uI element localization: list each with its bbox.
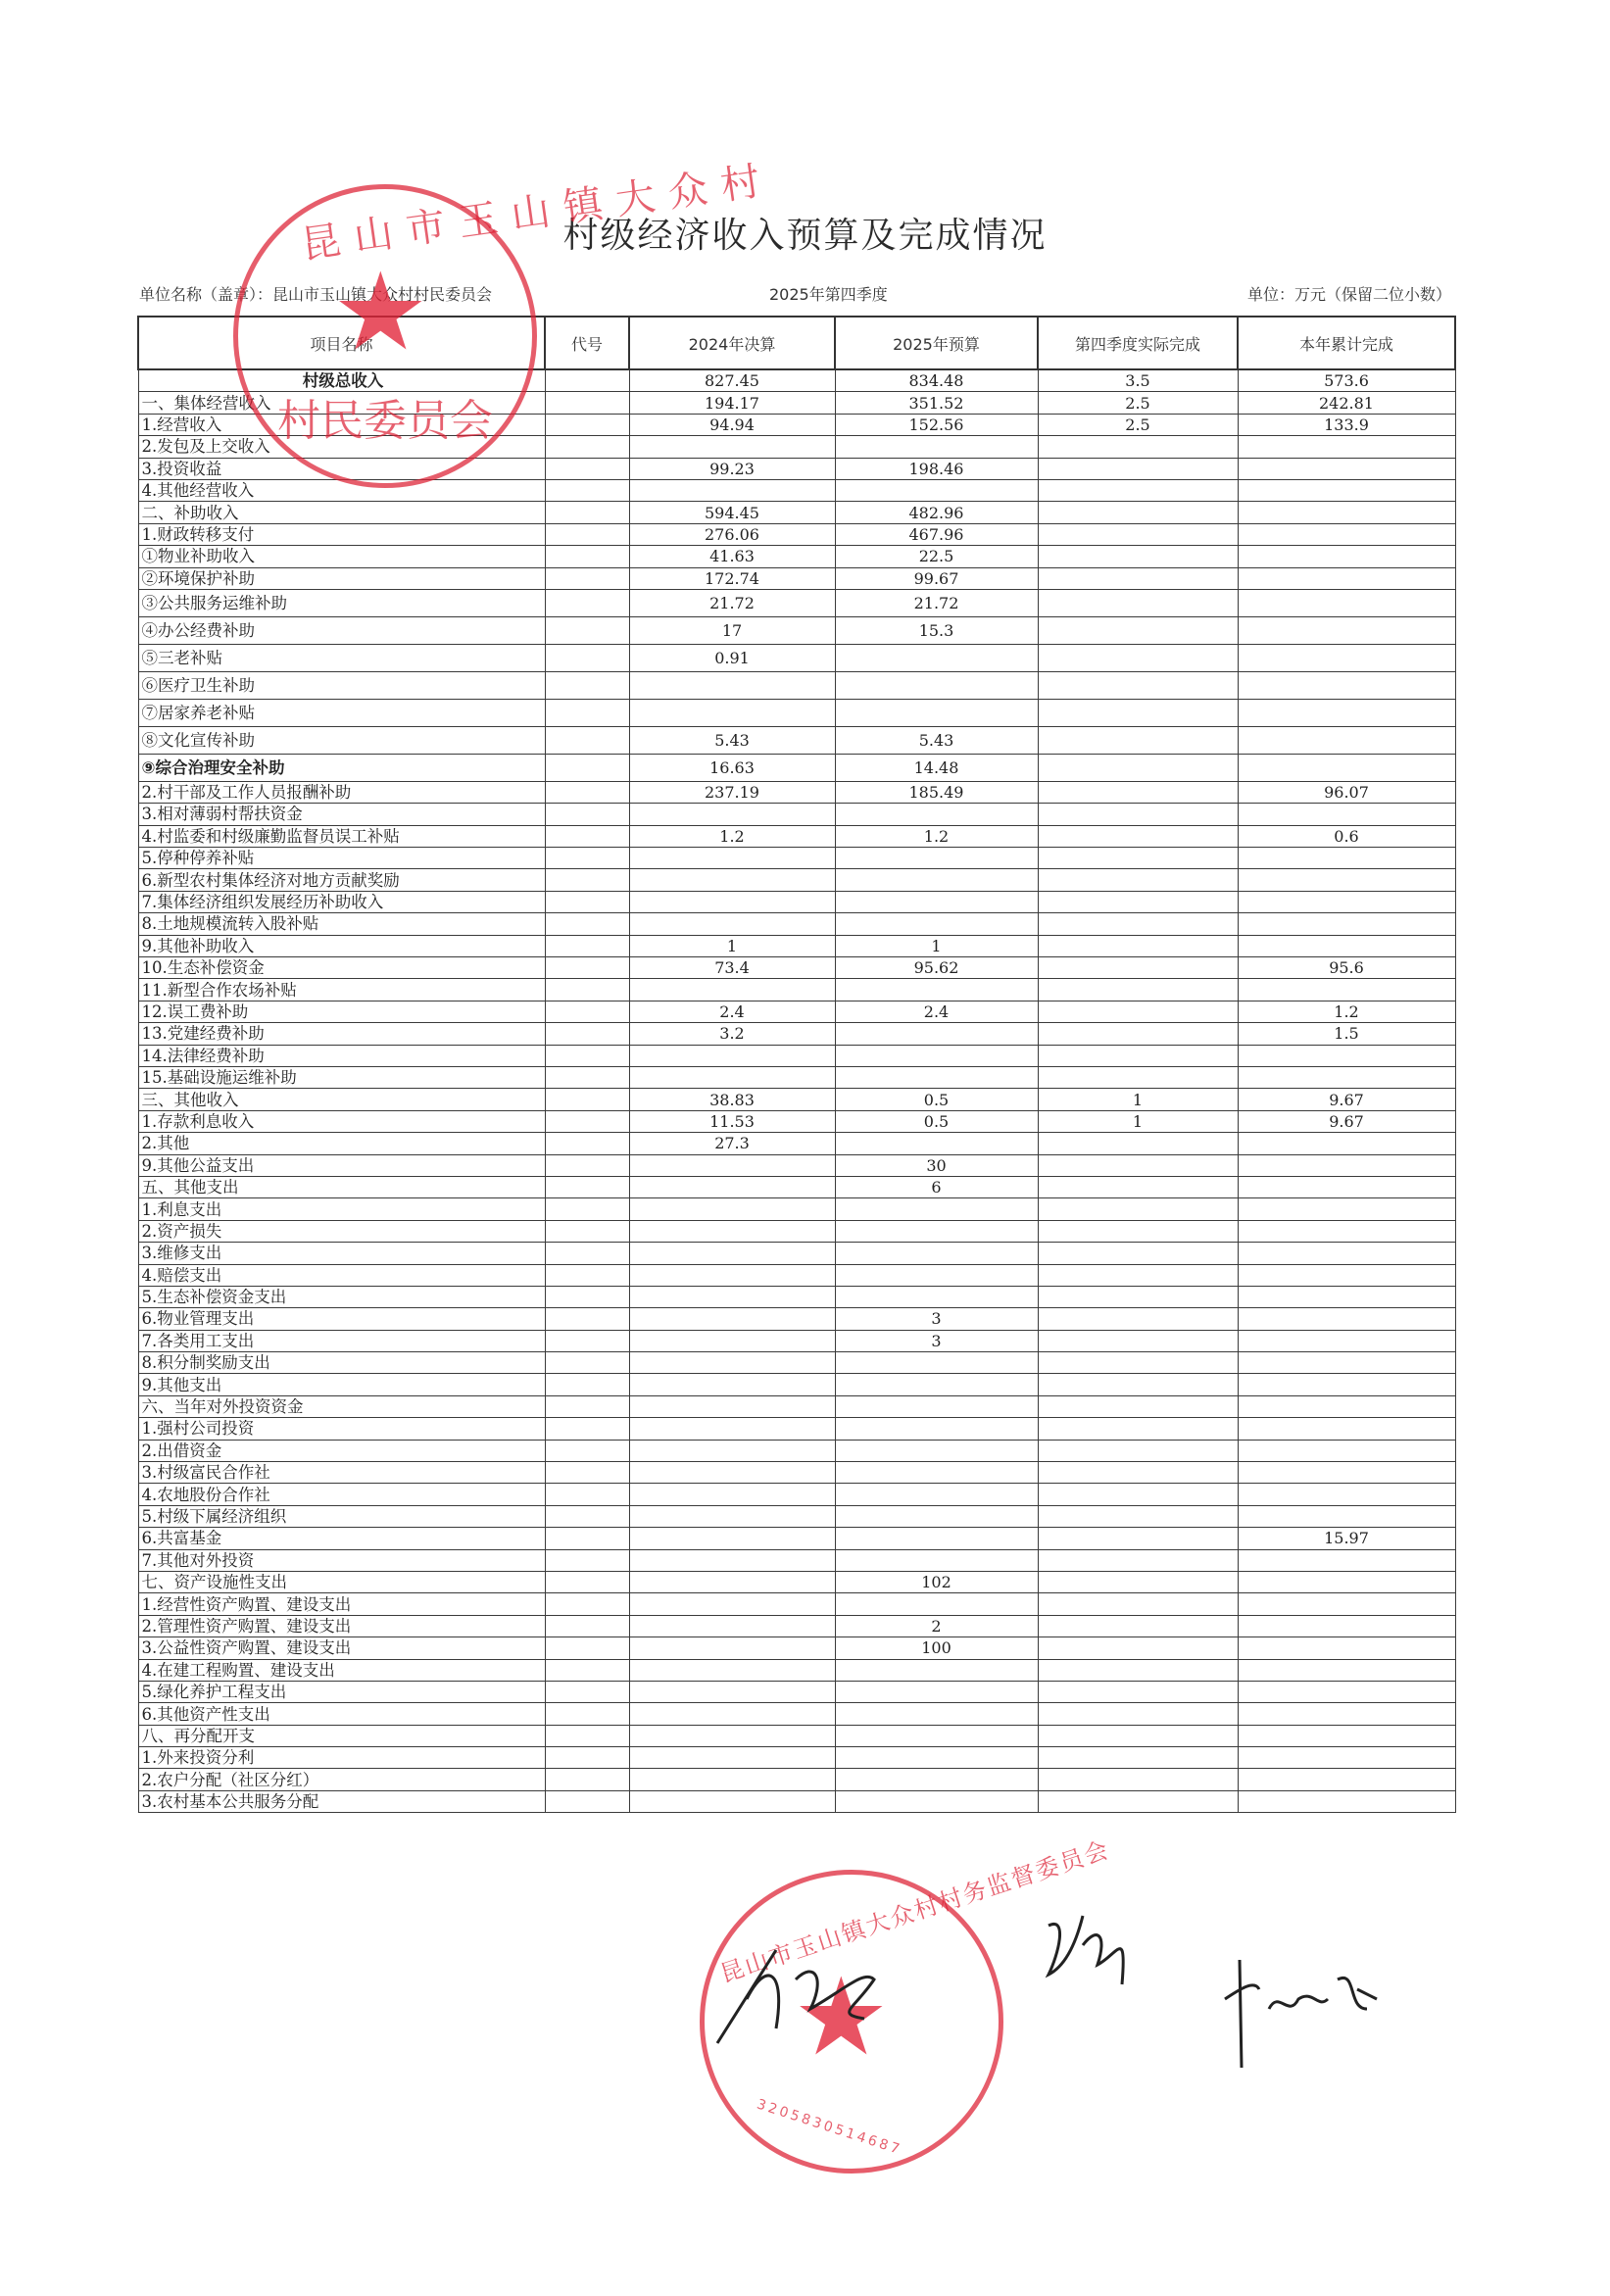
final-2024-cell: 594.45 xyxy=(629,502,835,523)
table-row: 六、当年对外投资资金 xyxy=(138,1395,1455,1417)
q4-actual-cell xyxy=(1038,804,1238,825)
final-2024-cell xyxy=(629,1637,835,1659)
ytd-total-cell xyxy=(1238,1264,1455,1286)
q4-actual-cell xyxy=(1038,726,1238,754)
budget-2025-cell: 102 xyxy=(835,1571,1038,1592)
table-row: 3.维修支出 xyxy=(138,1243,1455,1264)
final-2024-cell: 27.3 xyxy=(629,1133,835,1154)
table-row: 5.村级下属经济组织 xyxy=(138,1505,1455,1527)
ytd-total-cell xyxy=(1238,1462,1455,1484)
q4-actual-cell xyxy=(1038,1637,1238,1659)
code-cell xyxy=(545,1023,629,1045)
ytd-total-cell xyxy=(1238,1154,1455,1176)
ytd-total-cell: 95.6 xyxy=(1238,957,1455,979)
signature-3-icon xyxy=(1220,1930,1387,2077)
budget-2025-cell xyxy=(835,1023,1038,1045)
q4-actual-cell xyxy=(1038,436,1238,458)
ytd-total-cell xyxy=(1238,935,1455,956)
code-cell xyxy=(545,1703,629,1725)
q4-actual-cell xyxy=(1038,589,1238,616)
ytd-total-cell xyxy=(1238,1790,1455,1812)
code-cell xyxy=(545,523,629,545)
q4-actual-cell: 1 xyxy=(1038,1110,1238,1132)
table-row: 3.农村基本公共服务分配 xyxy=(138,1790,1455,1812)
ytd-total-cell: 573.6 xyxy=(1238,369,1455,392)
budget-2025-cell xyxy=(835,913,1038,935)
item-name-cell: 二、补助收入 xyxy=(138,502,545,523)
table-row: 13.党建经费补助3.21.5 xyxy=(138,1023,1455,1045)
item-name-cell: ⑦居家养老补贴 xyxy=(138,699,545,726)
table-row: 8.积分制奖励支出 xyxy=(138,1352,1455,1374)
code-cell xyxy=(545,1790,629,1812)
signature-2-icon xyxy=(1039,1896,1147,2004)
q4-actual-cell: 1 xyxy=(1038,1089,1238,1110)
ytd-total-cell xyxy=(1238,1198,1455,1220)
item-name-cell: 1.外来投资分利 xyxy=(138,1747,545,1769)
ytd-total-cell xyxy=(1238,1176,1455,1197)
table-row: ④办公经费补助1715.3 xyxy=(138,616,1455,644)
budget-2025-cell: 5.43 xyxy=(835,726,1038,754)
item-name-cell: 9.其他公益支出 xyxy=(138,1154,545,1176)
item-name-cell: 13.党建经费补助 xyxy=(138,1023,545,1045)
final-2024-cell: 38.83 xyxy=(629,1089,835,1110)
item-name-cell: 2.农户分配（社区分红） xyxy=(138,1769,545,1790)
q4-actual-cell xyxy=(1038,781,1238,803)
table-row: 2.资产损失 xyxy=(138,1220,1455,1242)
ytd-total-cell xyxy=(1238,589,1455,616)
budget-2025-cell xyxy=(835,1681,1038,1702)
code-cell xyxy=(545,414,629,435)
code-cell xyxy=(545,1198,629,1220)
item-name-cell: 7.各类用工支出 xyxy=(138,1330,545,1351)
table-row: 14.法律经费补助 xyxy=(138,1045,1455,1066)
q4-actual-cell xyxy=(1038,616,1238,644)
item-name-cell: ⑧文化宣传补助 xyxy=(138,726,545,754)
code-cell xyxy=(545,979,629,1001)
table-row: 4.农地股份合作社 xyxy=(138,1484,1455,1505)
final-2024-cell xyxy=(629,1484,835,1505)
item-name-cell: 1.存款利息收入 xyxy=(138,1110,545,1132)
seal-ring-text: 昆山市玉山镇大众村村务监督委员会 xyxy=(715,1831,1113,1989)
ytd-total-cell: 9.67 xyxy=(1238,1089,1455,1110)
table-row: 2.村干部及工作人员报酬补助237.19185.4996.07 xyxy=(138,781,1455,803)
final-2024-cell xyxy=(629,436,835,458)
budget-2025-cell: 0.5 xyxy=(835,1089,1038,1110)
q4-actual-cell xyxy=(1038,1308,1238,1330)
table-row: 村级总收入827.45834.483.5573.6 xyxy=(138,369,1455,392)
q4-actual-cell xyxy=(1038,848,1238,869)
final-2024-cell xyxy=(629,1264,835,1286)
final-2024-cell xyxy=(629,1154,835,1176)
ytd-total-cell xyxy=(1238,804,1455,825)
code-cell xyxy=(545,1395,629,1417)
ytd-total-cell xyxy=(1238,523,1455,545)
final-2024-cell: 276.06 xyxy=(629,523,835,545)
item-name-cell: 8.积分制奖励支出 xyxy=(138,1352,545,1374)
q4-actual-cell xyxy=(1038,699,1238,726)
q4-actual-cell xyxy=(1038,1681,1238,1702)
q4-actual-cell xyxy=(1038,502,1238,523)
item-name-cell: 2.村干部及工作人员报酬补助 xyxy=(138,781,545,803)
table-row: 一、集体经营收入194.17351.522.5242.81 xyxy=(138,392,1455,414)
item-name-cell: 10.生态补偿资金 xyxy=(138,957,545,979)
code-cell xyxy=(545,1659,629,1681)
item-name-cell: 6.其他资产性支出 xyxy=(138,1703,545,1725)
q4-actual-cell xyxy=(1038,1374,1238,1395)
q4-actual-cell xyxy=(1038,1484,1238,1505)
final-2024-cell xyxy=(629,1505,835,1527)
ytd-total-cell: 133.9 xyxy=(1238,414,1455,435)
budget-2025-cell: 100 xyxy=(835,1637,1038,1659)
item-name-cell: 五、其他支出 xyxy=(138,1176,545,1197)
ytd-total-cell xyxy=(1238,616,1455,644)
code-cell xyxy=(545,1066,629,1088)
ytd-total-cell xyxy=(1238,546,1455,567)
budget-2025-cell xyxy=(835,1769,1038,1790)
ytd-total-cell xyxy=(1238,1769,1455,1790)
table-row: 4.村监委和村级廉勤监督员误工补贴1.21.20.6 xyxy=(138,825,1455,847)
table-row: 7.集体经济组织发展经历补助收入 xyxy=(138,891,1455,912)
q4-actual-cell xyxy=(1038,1790,1238,1812)
document-title: 村级经济收入预算及完成情况 xyxy=(0,208,1610,258)
code-cell xyxy=(545,1154,629,1176)
code-cell xyxy=(545,848,629,869)
item-name-cell: 5.生态补偿资金支出 xyxy=(138,1286,545,1307)
q4-actual-cell: 2.5 xyxy=(1038,392,1238,414)
table-row: 八、再分配开支 xyxy=(138,1725,1455,1746)
final-2024-cell: 94.94 xyxy=(629,414,835,435)
code-cell xyxy=(545,781,629,803)
budget-2025-cell: 482.96 xyxy=(835,502,1038,523)
final-2024-cell xyxy=(629,1440,835,1461)
ytd-total-cell xyxy=(1238,1374,1455,1395)
q4-actual-cell xyxy=(1038,979,1238,1001)
table-row: 2.发包及上交收入 xyxy=(138,436,1455,458)
code-cell xyxy=(545,1045,629,1066)
ytd-total-cell xyxy=(1238,1571,1455,1592)
budget-2025-cell xyxy=(835,891,1038,912)
budget-2025-cell xyxy=(835,436,1038,458)
code-cell xyxy=(545,1505,629,1527)
code-cell xyxy=(545,1418,629,1440)
ytd-total-cell xyxy=(1238,1637,1455,1659)
q4-actual-cell xyxy=(1038,825,1238,847)
q4-actual-cell xyxy=(1038,479,1238,501)
income-budget-table: 项目名称 代号 2024年决算 2025年预算 第四季度实际完成 本年累计完成 … xyxy=(137,316,1456,1813)
q4-actual-cell xyxy=(1038,1198,1238,1220)
table-row: 2.其他27.3 xyxy=(138,1133,1455,1154)
budget-2025-cell: 1.2 xyxy=(835,825,1038,847)
ytd-total-cell xyxy=(1238,1725,1455,1746)
budget-2025-cell xyxy=(835,848,1038,869)
final-2024-cell xyxy=(629,1243,835,1264)
table-row: 6.共富基金15.97 xyxy=(138,1528,1455,1549)
table-row: 3.投资收益99.23198.46 xyxy=(138,458,1455,479)
table-row: 8.土地规模流转入股补贴 xyxy=(138,913,1455,935)
code-cell xyxy=(545,1571,629,1592)
code-cell xyxy=(545,1264,629,1286)
final-2024-cell: 3.2 xyxy=(629,1023,835,1045)
final-2024-cell: 0.91 xyxy=(629,644,835,671)
q4-actual-cell xyxy=(1038,1330,1238,1351)
item-name-cell: 4.村监委和村级廉勤监督员误工补贴 xyxy=(138,825,545,847)
code-cell xyxy=(545,502,629,523)
code-cell xyxy=(545,1484,629,1505)
header-item-name: 项目名称 xyxy=(138,317,545,369)
budget-2025-cell xyxy=(835,699,1038,726)
final-2024-cell xyxy=(629,479,835,501)
item-name-cell: ②环境保护补助 xyxy=(138,567,545,589)
final-2024-cell xyxy=(629,1308,835,1330)
item-name-cell: ⑥医疗卫生补助 xyxy=(138,671,545,699)
ytd-total-cell xyxy=(1238,1440,1455,1461)
item-name-cell: 15.基础设施运维补助 xyxy=(138,1066,545,1088)
table-row: 7.其他对外投资 xyxy=(138,1549,1455,1571)
star-icon: ★ xyxy=(793,1963,890,2071)
budget-2025-cell xyxy=(835,1659,1038,1681)
code-cell xyxy=(545,804,629,825)
final-2024-cell xyxy=(629,1462,835,1484)
final-2024-cell xyxy=(629,1681,835,1702)
q4-actual-cell xyxy=(1038,1395,1238,1417)
ytd-total-cell xyxy=(1238,502,1455,523)
ytd-total-cell xyxy=(1238,1593,1455,1615)
ytd-total-cell xyxy=(1238,1747,1455,1769)
budget-2025-cell xyxy=(835,1395,1038,1417)
final-2024-cell: 2.4 xyxy=(629,1001,835,1022)
table-row: 2.管理性资产购置、建设支出2 xyxy=(138,1615,1455,1637)
final-2024-cell xyxy=(629,1176,835,1197)
table-row: ⑧文化宣传补助5.435.43 xyxy=(138,726,1455,754)
code-cell xyxy=(545,1374,629,1395)
final-2024-cell xyxy=(629,1549,835,1571)
ytd-total-cell xyxy=(1238,1243,1455,1264)
item-name-cell: 2.管理性资产购置、建设支出 xyxy=(138,1615,545,1637)
header-ytd-total: 本年累计完成 xyxy=(1238,317,1455,369)
final-2024-cell xyxy=(629,804,835,825)
code-cell xyxy=(545,546,629,567)
budget-2025-cell xyxy=(835,1352,1038,1374)
item-name-cell: 14.法律经费补助 xyxy=(138,1045,545,1066)
unit-note: 单位：万元（保留二位小数） xyxy=(1247,282,1451,305)
table-row: 5.停种停养补贴 xyxy=(138,848,1455,869)
q4-actual-cell xyxy=(1038,458,1238,479)
item-name-cell: 5.村级下属经济组织 xyxy=(138,1505,545,1527)
table-row: 5.生态补偿资金支出 xyxy=(138,1286,1455,1307)
code-cell xyxy=(545,1747,629,1769)
item-name-cell: 12.误工费补助 xyxy=(138,1001,545,1022)
q4-actual-cell xyxy=(1038,754,1238,781)
q4-actual-cell xyxy=(1038,1725,1238,1746)
final-2024-cell: 1 xyxy=(629,935,835,956)
budget-2025-cell: 30 xyxy=(835,1154,1038,1176)
code-cell xyxy=(545,957,629,979)
final-2024-cell xyxy=(629,1395,835,1417)
table-header-row: 项目名称 代号 2024年决算 2025年预算 第四季度实际完成 本年累计完成 xyxy=(138,317,1455,369)
ytd-total-cell: 242.81 xyxy=(1238,392,1455,414)
code-cell xyxy=(545,913,629,935)
code-cell xyxy=(545,891,629,912)
q4-actual-cell xyxy=(1038,1747,1238,1769)
final-2024-cell xyxy=(629,1747,835,1769)
final-2024-cell xyxy=(629,1615,835,1637)
q4-actual-cell xyxy=(1038,1264,1238,1286)
code-cell xyxy=(545,1089,629,1110)
item-name-cell: 11.新型合作农场补贴 xyxy=(138,979,545,1001)
item-name-cell: 8.土地规模流转入股补贴 xyxy=(138,913,545,935)
table-row: 五、其他支出6 xyxy=(138,1176,1455,1197)
table-row: 15.基础设施运维补助 xyxy=(138,1066,1455,1088)
q4-actual-cell xyxy=(1038,644,1238,671)
budget-2025-cell: 2 xyxy=(835,1615,1038,1637)
item-name-cell: 3.公益性资产购置、建设支出 xyxy=(138,1637,545,1659)
q4-actual-cell xyxy=(1038,1593,1238,1615)
ytd-total-cell xyxy=(1238,754,1455,781)
q4-actual-cell xyxy=(1038,1462,1238,1484)
q4-actual-cell xyxy=(1038,1133,1238,1154)
code-cell xyxy=(545,1352,629,1374)
header-2024-final: 2024年决算 xyxy=(629,317,835,369)
code-cell xyxy=(545,436,629,458)
item-name-cell: 村级总收入 xyxy=(138,369,545,392)
table-row: 1.财政转移支付276.06467.96 xyxy=(138,523,1455,545)
final-2024-cell xyxy=(629,1066,835,1088)
code-cell xyxy=(545,754,629,781)
q4-actual-cell xyxy=(1038,1352,1238,1374)
table-row: ⑤三老补贴0.91 xyxy=(138,644,1455,671)
code-cell xyxy=(545,567,629,589)
item-name-cell: 4.赔偿支出 xyxy=(138,1264,545,1286)
budget-2025-cell: 15.3 xyxy=(835,616,1038,644)
item-name-cell: 3.投资收益 xyxy=(138,458,545,479)
q4-actual-cell xyxy=(1038,1440,1238,1461)
item-name-cell: ⑤三老补贴 xyxy=(138,644,545,671)
q4-actual-cell xyxy=(1038,1066,1238,1088)
final-2024-cell xyxy=(629,1790,835,1812)
ytd-total-cell xyxy=(1238,458,1455,479)
ytd-total-cell xyxy=(1238,1615,1455,1637)
budget-2025-cell: 22.5 xyxy=(835,546,1038,567)
ytd-total-cell xyxy=(1238,699,1455,726)
table-row: 6.其他资产性支出 xyxy=(138,1703,1455,1725)
final-2024-cell: 1.2 xyxy=(629,825,835,847)
code-cell xyxy=(545,1220,629,1242)
budget-2025-cell xyxy=(835,1505,1038,1527)
ytd-total-cell: 96.07 xyxy=(1238,781,1455,803)
item-name-cell: 4.其他经营收入 xyxy=(138,479,545,501)
item-name-cell: 三、其他收入 xyxy=(138,1089,545,1110)
q4-actual-cell xyxy=(1038,1243,1238,1264)
budget-2025-cell xyxy=(835,1374,1038,1395)
q4-actual-cell xyxy=(1038,1001,1238,1022)
ytd-total-cell xyxy=(1238,644,1455,671)
table-row: 11.新型合作农场补贴 xyxy=(138,979,1455,1001)
budget-2025-cell: 21.72 xyxy=(835,589,1038,616)
item-name-cell: 3.维修支出 xyxy=(138,1243,545,1264)
item-name-cell: 3.村级富民合作社 xyxy=(138,1462,545,1484)
q4-actual-cell: 2.5 xyxy=(1038,414,1238,435)
table-row: 3.村级富民合作社 xyxy=(138,1462,1455,1484)
ytd-total-cell xyxy=(1238,848,1455,869)
final-2024-cell: 5.43 xyxy=(629,726,835,754)
item-name-cell: 4.在建工程购置、建设支出 xyxy=(138,1659,545,1681)
ytd-total-cell xyxy=(1238,1549,1455,1571)
q4-actual-cell xyxy=(1038,891,1238,912)
code-cell xyxy=(545,392,629,414)
budget-2025-cell: 2.4 xyxy=(835,1001,1038,1022)
item-name-cell: ③公共服务运维补助 xyxy=(138,589,545,616)
ytd-total-cell xyxy=(1238,479,1455,501)
final-2024-cell xyxy=(629,699,835,726)
final-2024-cell: 21.72 xyxy=(629,589,835,616)
table-row: 12.误工费补助2.42.41.2 xyxy=(138,1001,1455,1022)
unit-name: 单位名称（盖章）：昆山市玉山镇大众村村民委员会 xyxy=(139,282,492,305)
item-name-cell: 6.新型农村集体经济对地方贡献奖励 xyxy=(138,869,545,891)
q4-actual-cell xyxy=(1038,1549,1238,1571)
header-2025-budget: 2025年预算 xyxy=(835,317,1038,369)
q4-actual-cell xyxy=(1038,1045,1238,1066)
budget-2025-cell xyxy=(835,1528,1038,1549)
final-2024-cell xyxy=(629,848,835,869)
final-2024-cell xyxy=(629,869,835,891)
item-name-cell: 2.其他 xyxy=(138,1133,545,1154)
q4-actual-cell xyxy=(1038,671,1238,699)
code-cell xyxy=(545,726,629,754)
item-name-cell: 2.资产损失 xyxy=(138,1220,545,1242)
final-2024-cell: 827.45 xyxy=(629,369,835,392)
q4-actual-cell xyxy=(1038,1154,1238,1176)
code-cell xyxy=(545,1769,629,1790)
budget-2025-cell xyxy=(835,1703,1038,1725)
q4-actual-cell xyxy=(1038,546,1238,567)
budget-2025-cell xyxy=(835,1286,1038,1307)
final-2024-cell: 237.19 xyxy=(629,781,835,803)
ytd-total-cell xyxy=(1238,1505,1455,1527)
seal-code: 3205830514687 xyxy=(755,2096,903,2158)
code-cell xyxy=(545,1001,629,1022)
item-name-cell: 6.物业管理支出 xyxy=(138,1308,545,1330)
table-row: 5.绿化养护工程支出 xyxy=(138,1681,1455,1702)
q4-actual-cell xyxy=(1038,567,1238,589)
table-row: 1.外来投资分利 xyxy=(138,1747,1455,1769)
code-cell xyxy=(545,1308,629,1330)
code-cell xyxy=(545,1593,629,1615)
budget-2025-cell xyxy=(835,869,1038,891)
code-cell xyxy=(545,1176,629,1197)
q4-actual-cell xyxy=(1038,1571,1238,1592)
q4-actual-cell xyxy=(1038,869,1238,891)
item-name-cell: 5.停种停养补贴 xyxy=(138,848,545,869)
budget-2025-cell xyxy=(835,1484,1038,1505)
item-name-cell: 六、当年对外投资资金 xyxy=(138,1395,545,1417)
ytd-total-cell xyxy=(1238,1133,1455,1154)
table-row: ⑨综合治理安全补助16.6314.48 xyxy=(138,754,1455,781)
budget-2025-cell xyxy=(835,1593,1038,1615)
q4-actual-cell xyxy=(1038,957,1238,979)
code-cell xyxy=(545,458,629,479)
final-2024-cell xyxy=(629,891,835,912)
ytd-total-cell xyxy=(1238,1418,1455,1440)
code-cell xyxy=(545,869,629,891)
budget-2025-cell xyxy=(835,1243,1038,1264)
item-name-cell: 1.经营性资产购置、建设支出 xyxy=(138,1593,545,1615)
final-2024-cell: 16.63 xyxy=(629,754,835,781)
table-row: ⑦居家养老补贴 xyxy=(138,699,1455,726)
code-cell xyxy=(545,1286,629,1307)
table-row: 7.各类用工支出3 xyxy=(138,1330,1455,1351)
ytd-total-cell xyxy=(1238,1066,1455,1088)
q4-actual-cell xyxy=(1038,1505,1238,1527)
